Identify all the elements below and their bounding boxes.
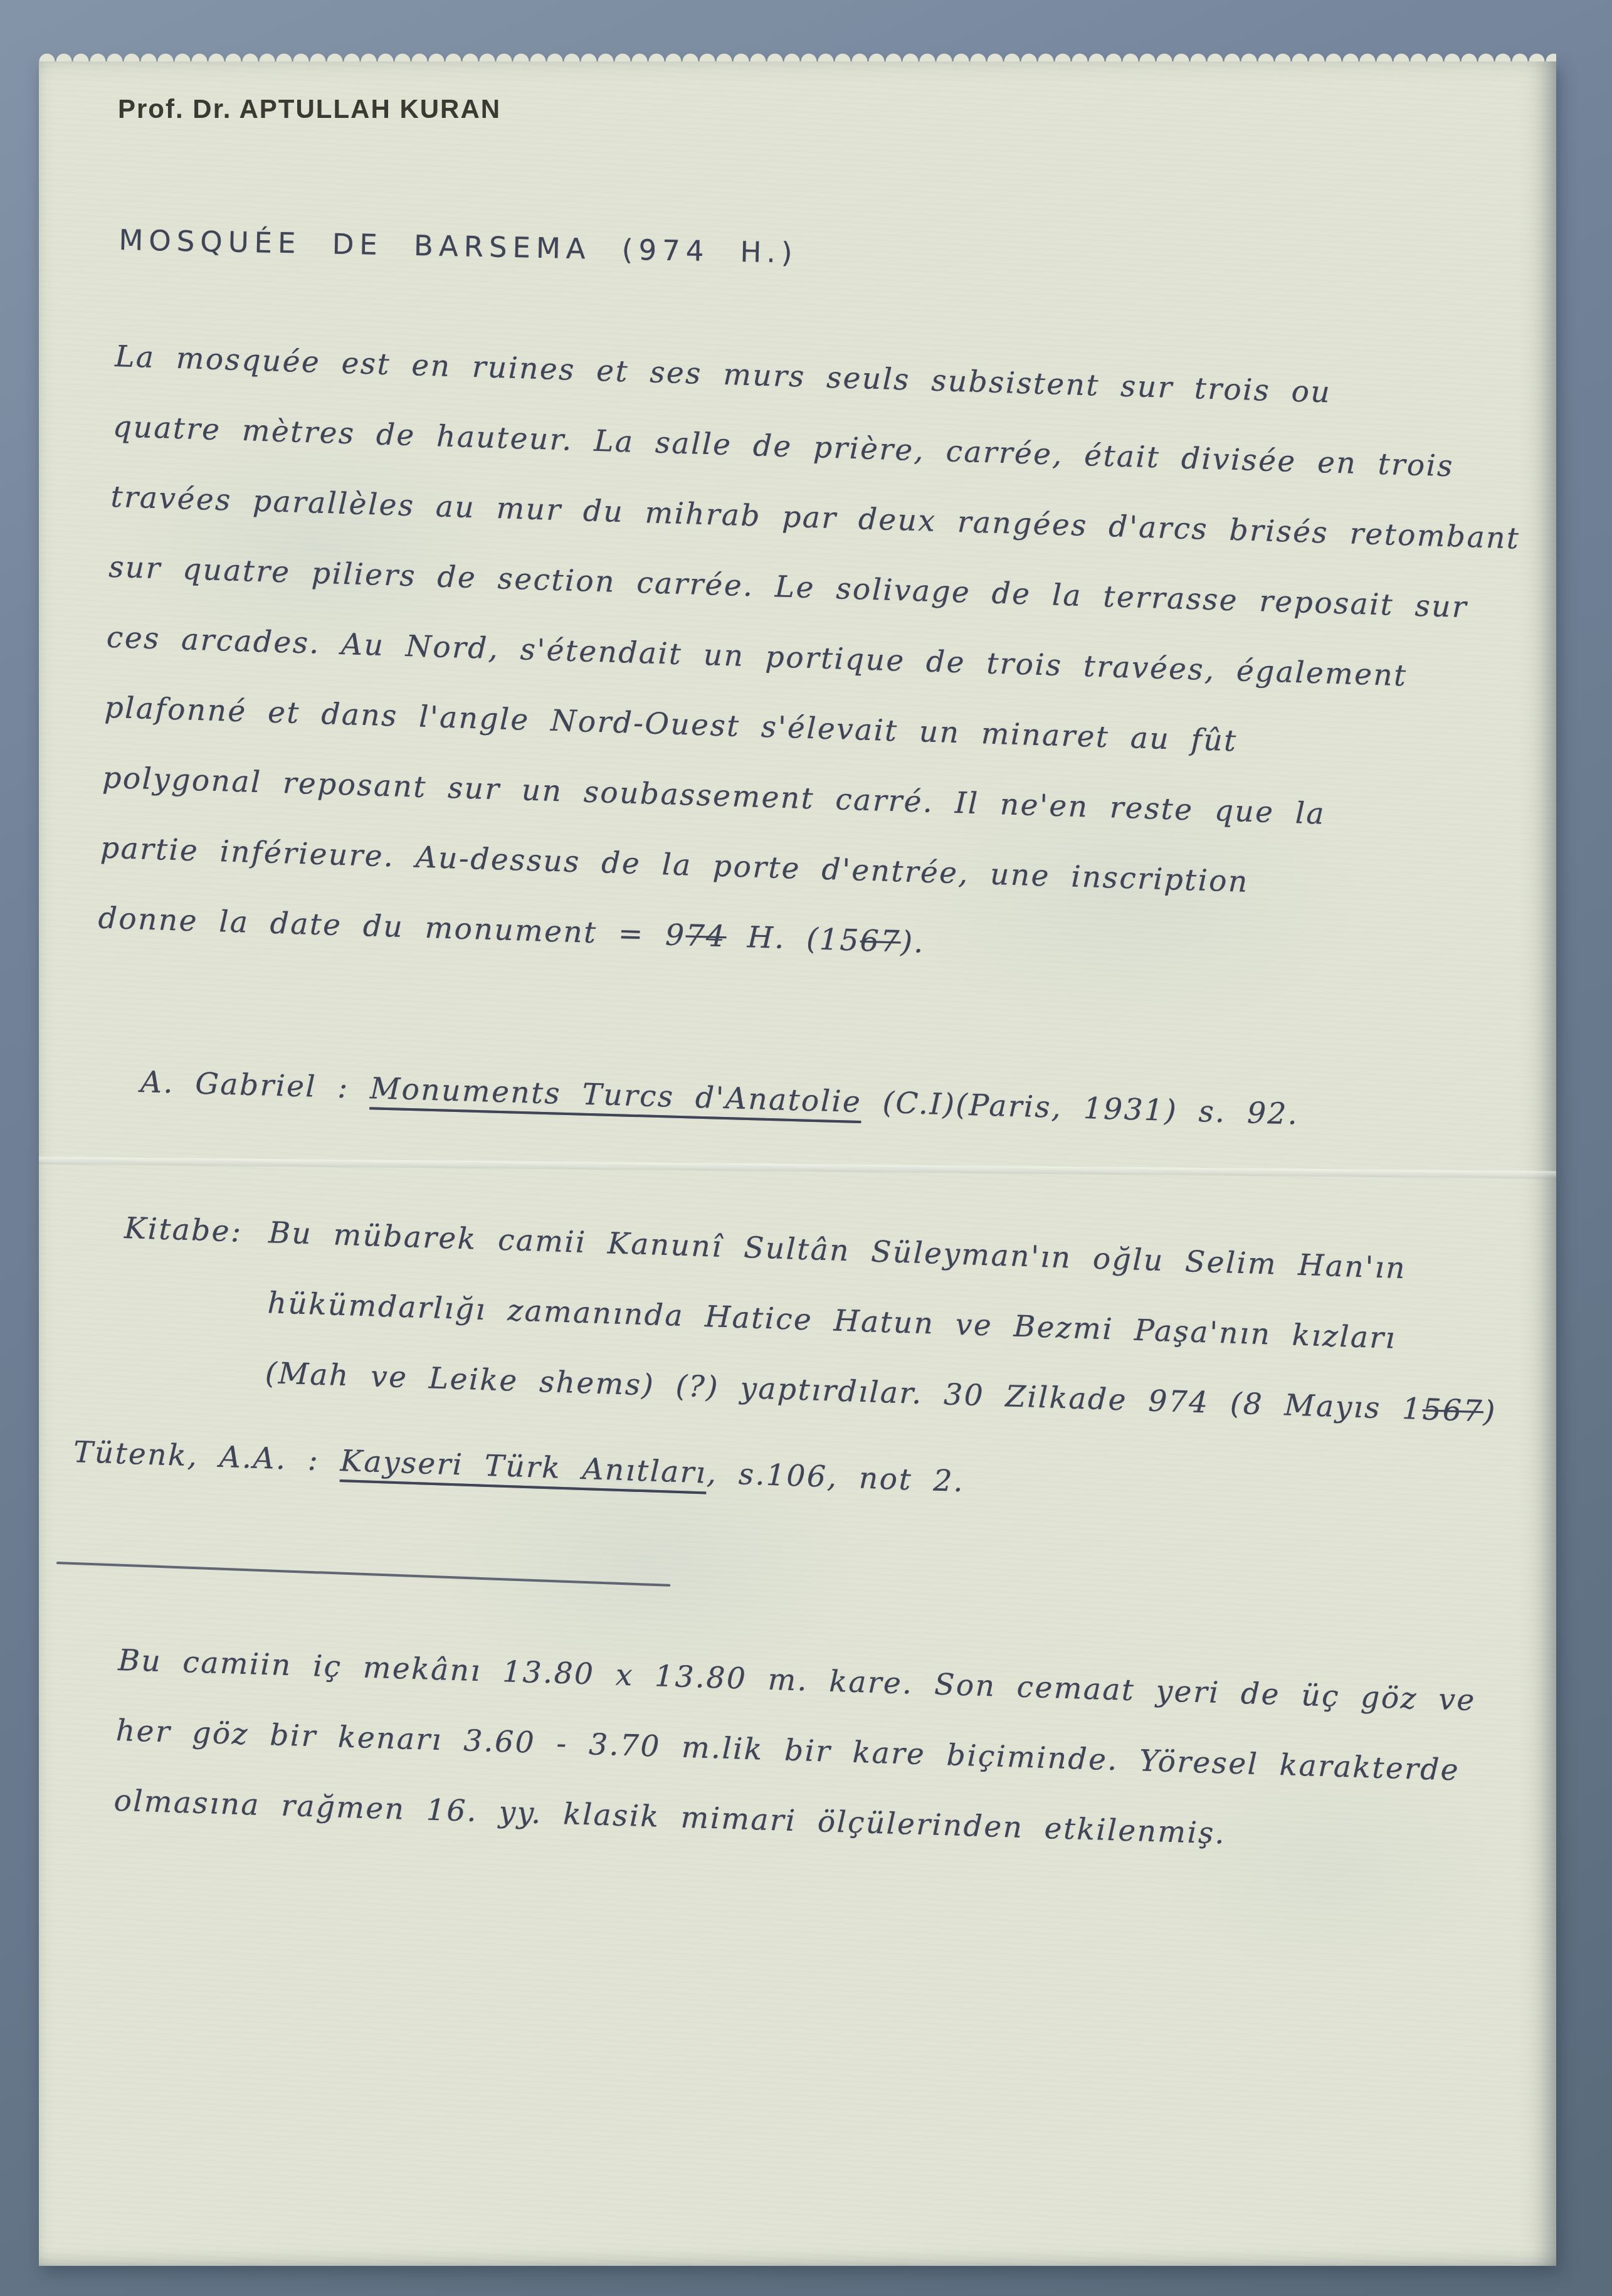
struck-text: 74 (685, 918, 727, 954)
citation-author: A. Gabriel : (140, 1065, 349, 1105)
citation-book-title: Kayseri Türk Anıtları (340, 1444, 707, 1490)
footnote-separator-line (56, 1562, 670, 1587)
kitabe-paragraph: Kitabe:Bu mübarek camii Kanunî Sultân Sü… (119, 1193, 1566, 1449)
kitabe-label: Kitabe: (124, 1211, 243, 1249)
text-segment: ). (900, 925, 925, 960)
struck-text: 67 (860, 924, 901, 960)
french-description-paragraph: La mosquée est en ruines et ses murs seu… (97, 322, 1532, 996)
text-segment: H. (15 (726, 919, 861, 958)
fold-crease (39, 1156, 1556, 1178)
scanned-document-page: Prof. Dr. APTULLAH KURAN MOSQUÉE DE BARS… (0, 0, 1612, 2296)
struck-text: 567 (1422, 1392, 1484, 1429)
citation-book-title: Monuments Turcs d'Anatolie (369, 1071, 862, 1119)
document-title: MOSQUÉE DE BARSEMA (974 H.) (119, 223, 798, 270)
citation-details: , s.106, not 2. (706, 1456, 965, 1500)
footnote-paragraph: Bu camiin iç mekânı 13.80 x 13.80 m. kar… (113, 1626, 1536, 1878)
tutenk-citation: Tütenk, A.A. : Kayseri Türk Anıtları, s.… (73, 1435, 965, 1499)
notepaper-sheet: Prof. Dr. APTULLAH KURAN MOSQUÉE DE BARS… (39, 61, 1556, 2266)
text-segment: ) (1483, 1394, 1497, 1429)
letterhead-name: Prof. Dr. APTULLAH KURAN (118, 94, 501, 124)
text-segment: donne la date du monument = (98, 901, 666, 953)
text-segment: 9 (665, 918, 686, 953)
gabriel-citation: A. Gabriel : Monuments Turcs d'Anatolie … (140, 1065, 1299, 1132)
citation-details: (C.I)(Paris, 1931) s. 92. (861, 1085, 1299, 1131)
citation-author: Tütenk, A.A. : (73, 1435, 320, 1478)
